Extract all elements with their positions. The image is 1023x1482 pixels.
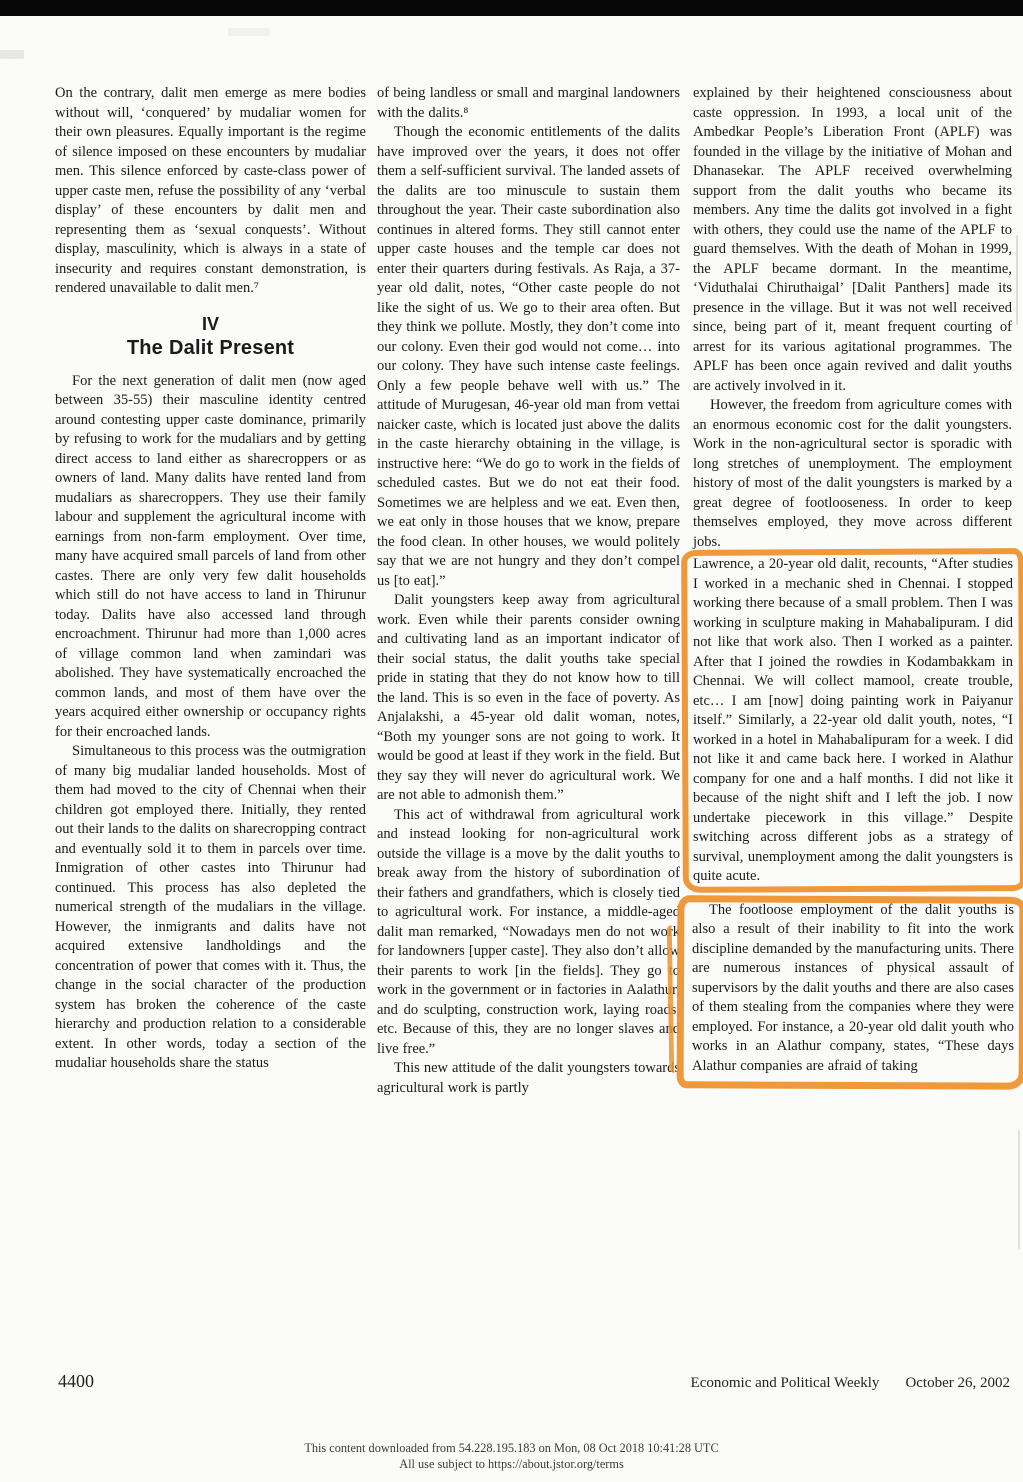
article-column-2: of being landless or small and marginal … — [377, 84, 680, 1098]
scan-artifact — [228, 28, 270, 36]
paragraph: Dalit youngsters keep away from agricult… — [377, 591, 680, 806]
issue-date: October 26, 2002 — [905, 1375, 1010, 1391]
scan-artifact — [1016, 235, 1018, 325]
section-title: The Dalit Present — [55, 335, 366, 361]
article-column-1: On the contrary, dalit men emerge as mer… — [55, 84, 366, 1098]
page-number: 4400 — [58, 1371, 94, 1392]
scan-artifact — [1018, 1130, 1020, 1250]
section-number: IV — [55, 313, 366, 335]
scanner-black-bar — [0, 0, 1023, 16]
paragraph: explained by their heightened consciousn… — [693, 84, 1012, 396]
paragraph: Lawrence, a 20-year old dalit, recounts,… — [693, 555, 1013, 887]
article-body: On the contrary, dalit men emerge as mer… — [55, 84, 1012, 1098]
jstor-notice-line-2: All use subject to https://about.jstor.o… — [0, 1456, 1023, 1472]
paragraph: However, the freedom from agriculture co… — [693, 396, 1012, 552]
section-heading: IV The Dalit Present — [55, 313, 366, 361]
paragraph: Though the economic entitlements of the … — [377, 123, 680, 591]
paragraph: On the contrary, dalit men emerge as mer… — [55, 84, 366, 299]
paragraph: Simultaneous to this process was the out… — [55, 742, 366, 1074]
paragraph: This act of withdrawal from agricultural… — [377, 806, 680, 1060]
highlight-box-1: Lawrence, a 20-year old dalit, recounts,… — [684, 553, 1022, 891]
jstor-notice: This content downloaded from 54.228.195.… — [0, 1440, 1023, 1472]
paragraph: This new attitude of the dalit youngster… — [377, 1059, 680, 1098]
journal-name: Economic and Political Weekly — [691, 1375, 880, 1391]
paragraph: of being landless or small and marginal … — [377, 84, 680, 123]
article-column-3: explained by their heightened consciousn… — [693, 84, 1012, 1098]
paragraph: The footloose employment of the dalit yo… — [692, 901, 1014, 1077]
scan-artifact — [0, 50, 24, 59]
scanned-journal-page: { "heading": { "number": "IV", "title": … — [0, 0, 1023, 1482]
jstor-notice-line-1: This content downloaded from 54.228.195.… — [0, 1440, 1023, 1456]
highlight-box-2: The footloose employment of the dalit yo… — [680, 899, 1023, 1089]
journal-footer: Economic and Political WeeklyOctober 26,… — [691, 1375, 1010, 1392]
paragraph: For the next generation of dalit men (no… — [55, 372, 366, 743]
